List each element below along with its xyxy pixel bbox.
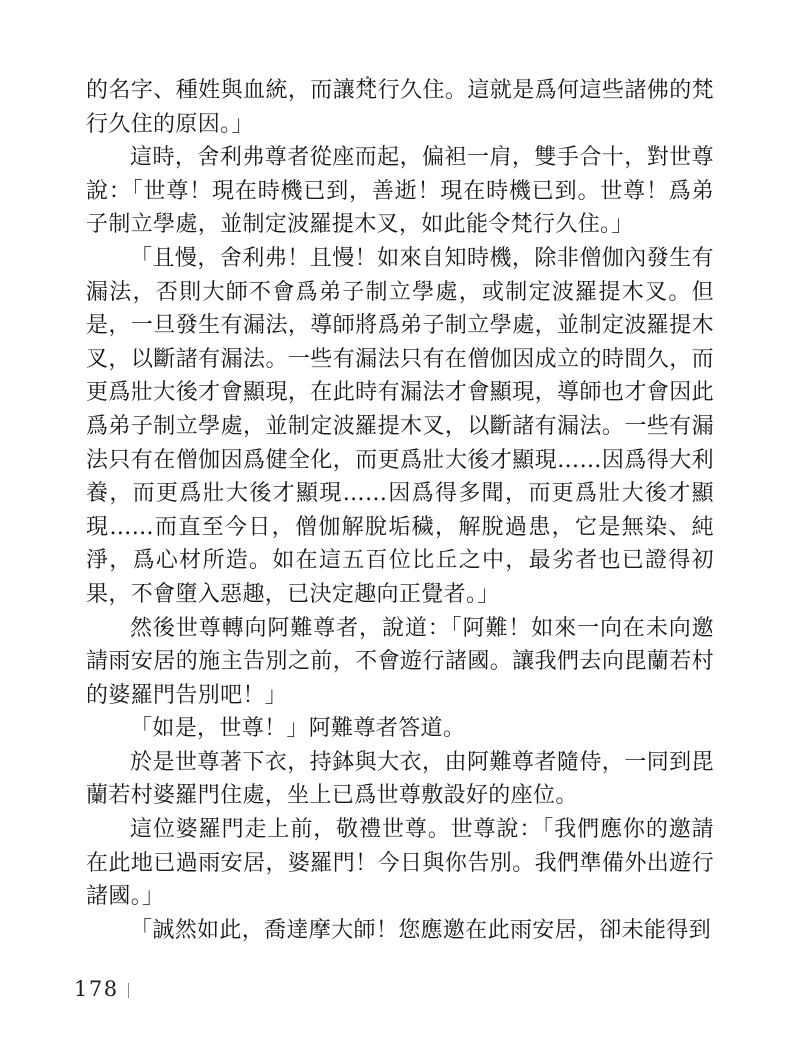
page-footer: 178 xyxy=(74,979,129,1000)
page-number: 178 xyxy=(74,979,119,1000)
paragraph: 這時，舍利弗尊者從座而起，偏袒一肩，雙手合十，對世尊說：「世尊！現在時機已到，善… xyxy=(86,141,714,242)
book-page: 的名字、種姓與血統，而讓梵行久住。這就是爲何這些諸佛的梵行久住的原因。」這時，舍… xyxy=(0,0,792,1056)
paragraph: 然後世尊轉向阿難尊者，說道：「阿難！如來一向在未向邀請雨安居的施主告別之前，不會… xyxy=(86,612,714,713)
body-text: 的名字、種姓與血統，而讓梵行久住。這就是爲何這些諸佛的梵行久住的原因。」這時，舍… xyxy=(86,74,714,947)
paragraph: 「誠然如此，喬達摩大師！您應邀在此雨安居，卻未能得到 xyxy=(86,914,714,948)
ink-dot-artifact xyxy=(366,76,369,79)
paragraph: 的名字、種姓與血統，而讓梵行久住。這就是爲何這些諸佛的梵行久住的原因。」 xyxy=(86,74,714,141)
paragraph: 「且慢，舍利弗！且慢！如來自知時機，除非僧伽內發生有漏法，否則大師不會爲弟子制立… xyxy=(86,242,714,612)
paragraph: 這位婆羅門走上前，敬禮世尊。世尊說：「我們應你的邀請在此地已過雨安居，婆羅門！今… xyxy=(86,813,714,914)
footer-divider xyxy=(128,983,129,998)
paragraph: 於是世尊著下衣，持鉢與大衣，由阿難尊者隨侍，一同到毘蘭若村婆羅門住處，坐上已爲世… xyxy=(86,746,714,813)
paragraph: 「如是，世尊！」阿難尊者答道。 xyxy=(86,712,714,746)
